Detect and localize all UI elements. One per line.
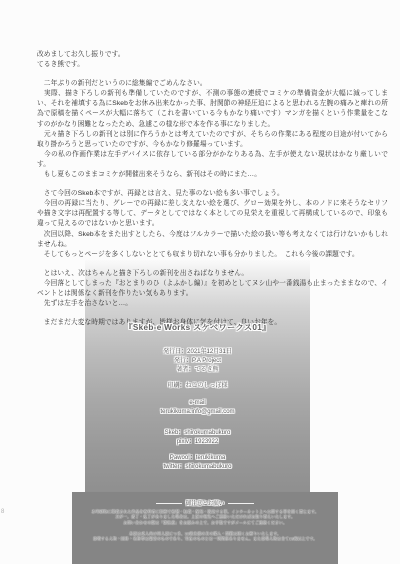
author: 著者：てるき熊 [85, 366, 310, 375]
notice-paragraph-2: 本誌は成人向け同人誌につき、18歳未満の方の購入・閲覧は固くお断りいたします。 … [72, 531, 338, 542]
letter-line: 今回落としてしまった『おとまりのひ（よふかし編）』を初めとしてヌシ山や一番銭湯も… [37, 279, 388, 299]
email-address: terukikuma.info@gmail.com [85, 408, 310, 417]
letter-block-next-plans: とはいえ、次はちゃんと描き下ろしの新刊を出さねばなりません。 今回落としてしまっ… [37, 269, 388, 309]
publication-info: 発行日：2021年12月31日 発行：P.A Project 著者：てるき熊 [85, 348, 310, 375]
divider-line [156, 503, 182, 504]
letter-line: 今の私の作画作業は左手デバイスに依存している部分がかなりある為、左手が使えない現… [37, 150, 388, 170]
letter-line: 改めましてお久し振りです。 [37, 50, 388, 60]
notice-paragraph-1: 本印刷物に掲載された作品を権利者に無断で複製・転載・配布・販売する事、インターネ… [72, 509, 338, 525]
page-number: 8 [1, 509, 4, 515]
pawoo-account: Pawoo!：terukikuma [85, 454, 310, 463]
notice-line: 登場する人物・団体・名称等は架空のものであり、実在のものとは一切関係ありません。… [72, 536, 338, 541]
letter-line: 二年ぶりの新刊だというのに総集編でごめんなさい。 [37, 79, 388, 89]
account-links-2: Pawoo!：terukikuma twitter：shirokumabukur… [85, 454, 310, 472]
letter-line: 次回以降、Skeb本をまた出すとしたら、今度はフルカラーで描いた絵の扱い等も考え… [37, 230, 388, 250]
contact-info: e-mail terukikuma.info@gmail.com [85, 399, 310, 417]
letter-block-greeting: 改めましてお久し振りです。 てるき熊です。 [37, 50, 388, 70]
letter-line: 今回の再録に当たり、グレーでの再録に差し支えない絵を選び、グロー効果を外し、本の… [37, 199, 388, 229]
divider-line [228, 503, 254, 504]
printer-credit: 印刷：ねこのしっぽ様 [85, 382, 310, 391]
letter-line: とはいえ、次はちゃんと描き下ろしの新刊を出さねばなりません。 [37, 269, 388, 279]
letter-line: 実際、描き下ろしの新刊も準備していたのですが、不測の事態の連続でコミケの準備資金… [37, 89, 388, 129]
afterword-page: 改めましてお久し振りです。 てるき熊です。 二年ぶりの新刊だというのに総集編でご… [0, 0, 400, 564]
letter-line: もし夏もこのままコミケが開催出来そうなら、新刊はその時にまた…。 [37, 170, 388, 180]
afterword-letter: 改めましてお久し振りです。 てるき熊です。 二年ぶりの新刊だというのに総集編でご… [37, 50, 388, 337]
letter-line: そしてもっとページを多くしないととても収まり切れない事も分かりました。 これも今… [37, 250, 388, 260]
twitter-account: twitter：shirokumabukuro [85, 463, 310, 472]
email-label: e-mail [85, 399, 310, 408]
letter-line: てるき熊です。 [37, 60, 388, 70]
notice-line: お問い合わせの際は「御注意」をお読みの上で、お手数ですがメールにてご連絡ください… [72, 520, 338, 525]
letter-line: 先ずは左手を治さないと…。 [37, 299, 388, 309]
letter-block-apology: 二年ぶりの新刊だというのに総集編でごめんなさい。 実際、描き下ろしの新刊も準備し… [37, 79, 388, 180]
letter-line: 元々描き下ろしの新刊とは別に作ろうかとは考えていたのですが、そちらの作業にある程… [37, 130, 388, 150]
notice-heading: 御注意とお願い [72, 499, 338, 507]
printer-name: 印刷：ねこのしっぽ様 [85, 382, 310, 391]
pixiv-account: pixiv：1923922 [85, 438, 310, 447]
account-links-1: Skeb：shirokumabukuro pixiv：1923922 [85, 429, 310, 447]
letter-line: さて今回のSkeb本ですが、再録とは言え、見た事のない絵も多い事でしょう。 [37, 189, 388, 199]
book-title: 『Skeb-e Works スケベワークス01』 [85, 322, 310, 333]
publisher: 発行：P.A Project [85, 357, 310, 366]
letter-block-skeb-book: さて今回のSkeb本ですが、再録とは言え、見た事のない絵も多い事でしょう。 今回… [37, 189, 388, 260]
skeb-account: Skeb：shirokumabukuro [85, 429, 310, 438]
publication-date: 発行日：2021年12月31日 [85, 348, 310, 357]
notice-heading-text: 御注意とお願い [186, 499, 225, 507]
